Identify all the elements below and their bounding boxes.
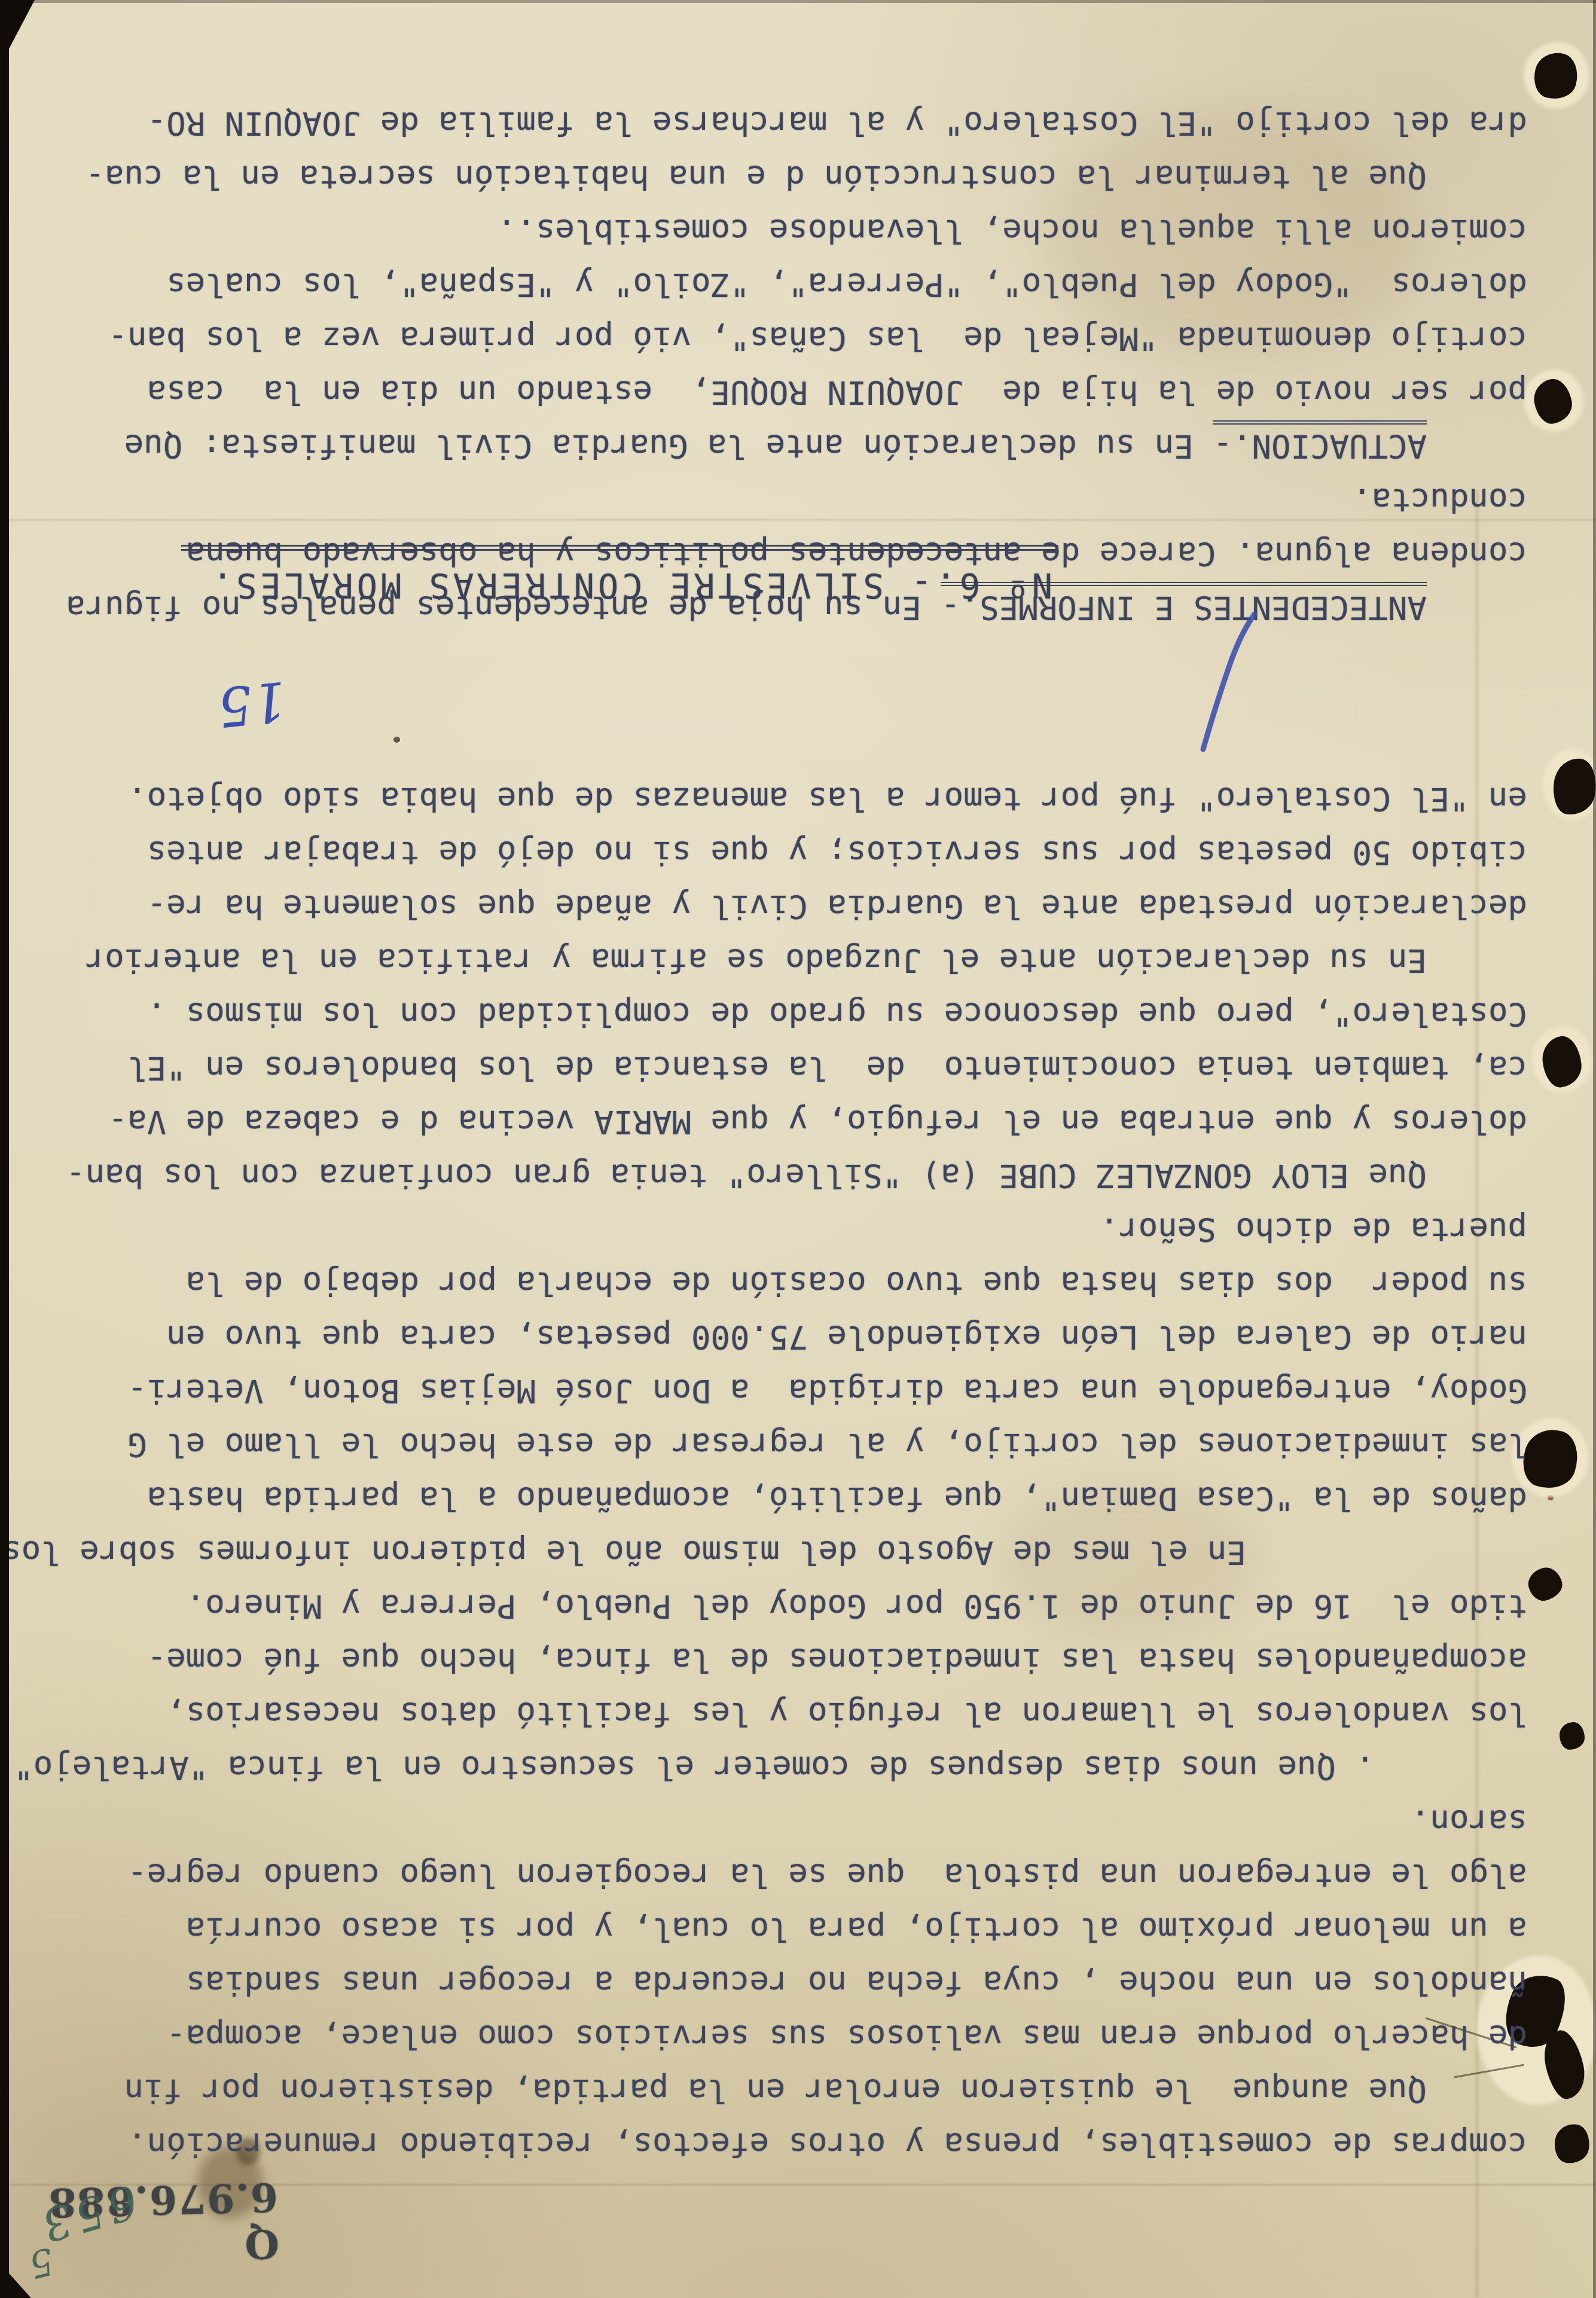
doc-line-text: doleros y que entraba en el refugio, y q… — [108, 1103, 1527, 1141]
doc-line: doleros "Godoy del Pueblo", "Perrera", "… — [30, 258, 1527, 312]
doc-line: Que al terminar la construcción d e una … — [30, 150, 1527, 204]
scan-edge-left — [0, 0, 9, 2298]
doc-line-text: dra del cortijo "El Costalero" y al marc… — [147, 105, 1527, 142]
doc-line-text: por ser novio de la hija de JOAQUIN ROQU… — [147, 374, 1527, 411]
doc-line: los vandoleros le llamaron al refugio y … — [30, 1687, 1527, 1741]
paragraphs-before-heading: compras de comestibles, prensa y otros e… — [30, 772, 1527, 2171]
doc-line: ñandolos en una noche , cuya fecha no re… — [30, 1956, 1527, 2010]
doc-line-text: a un melonar próximo al cortijo, para lo… — [186, 1911, 1527, 1948]
doc-line: nario de Calera del León exigiendole 75.… — [30, 1310, 1527, 1364]
doc-line: de hacerlo porque eran mas valiosos sus … — [30, 2010, 1527, 2064]
doc-line-text: su poder dos dias hasta que tuvo ocasión… — [186, 1265, 1527, 1302]
doc-line-text: declaración prestada ante la Guardia Civ… — [147, 888, 1527, 926]
doc-line-text: Que aunque le quisieron enrolar en la pa… — [124, 2072, 1427, 2110]
doc-line: comieron alli aquella noche, llevandose … — [30, 204, 1527, 258]
doc-line-text: En su declaración ante la Guardia Civil … — [124, 428, 1213, 465]
doc-line: declaración prestada ante la Guardia Civ… — [30, 880, 1527, 933]
doc-line: Godoy, entregandole una carta dirigida a… — [30, 1364, 1527, 1418]
doc-line: acompañandoles hasta las inmediaciones d… — [30, 1633, 1527, 1687]
doc-line: . Que unos dias despues de cometer el se… — [30, 1741, 1527, 1795]
run-in-heading: ACTUACION.- — [1213, 420, 1427, 465]
typewritten-text-column: compras de comestibles, prensa y otros e… — [30, 96, 1527, 2171]
doc-line-text: Costalero", pero que desconoce su grado … — [147, 996, 1527, 1033]
scan-edge-right — [1593, 0, 1596, 2298]
doc-line: ACTUACION.- En su declaración ante la Gu… — [30, 419, 1527, 473]
doc-line: saron. — [30, 1795, 1527, 1848]
doc-line: En su declaración ante el Juzgado se afi… — [30, 933, 1527, 987]
doc-line: compras de comestibles, prensa y otros e… — [30, 2117, 1527, 2171]
doc-line-text: doleros "Godoy del Pueblo", "Perrera", "… — [166, 266, 1527, 304]
doc-line-text: . Que unos dias despues de cometer el se… — [0, 1749, 1375, 1787]
doc-line-text: tido el 16 de Junio de 1.950 por Godoy d… — [186, 1588, 1527, 1625]
doc-line: a un melonar próximo al cortijo, para lo… — [30, 1902, 1527, 1956]
doc-line: dra del cortijo "El Costalero" y al marc… — [30, 96, 1527, 150]
doc-line-text: daños de la "Casa Damian", que facilitó,… — [147, 1480, 1527, 1518]
doc-line: algo le entregaron una pistola que se la… — [30, 1848, 1527, 1902]
doc-line-text: Que al terminar la construcción d e una … — [86, 158, 1427, 196]
doc-line: En el mes de Agosto del mismo año le pid… — [30, 1525, 1527, 1579]
doc-line: tido el 16 de Junio de 1.950 por Godoy d… — [30, 1579, 1527, 1633]
doc-line: puerta de dicho Señor. — [30, 1203, 1527, 1256]
doc-line-text: Godoy, entregandole una carta dirigida a… — [127, 1372, 1527, 1410]
doc-line: Que ELOY GONZALEZ CUBE (a) "Sillero" ten… — [30, 1149, 1527, 1203]
handwritten-section-number: 15 — [215, 673, 289, 733]
doc-line-text: los vandoleros le llamaron al refugio y … — [166, 1695, 1527, 1733]
doc-line: por ser novio de la hija de JOAQUIN ROQU… — [30, 365, 1527, 419]
doc-line-text: Que ELOY GONZALEZ CUBE (a) "Sillero" ten… — [66, 1157, 1427, 1195]
doc-line: su poder dos dias hasta que tuvo ocasión… — [30, 1256, 1527, 1310]
doc-line: Que aunque le quisieron enrolar en la pa… — [30, 2064, 1527, 2117]
doc-line-text: ñandolos en una noche , cuya fecha no re… — [186, 1964, 1527, 2002]
section-heading-line: Nº 6.- SILVESTRE CONTRERAS MORALES. 15 — [30, 634, 1527, 719]
doc-line: doleros y que entraba en el refugio, y q… — [30, 1095, 1527, 1149]
pen-slash-mark — [1195, 609, 1261, 753]
doc-line-text: ca, tambien tenia conocimiento de la est… — [127, 1049, 1527, 1087]
doc-line-text: cibido 50 pesetas por sus servicios; y q… — [147, 834, 1527, 872]
doc-line-text: algo le entregaron una pistola que se la… — [127, 1857, 1527, 1894]
doc-line: en "El Costalero" fué por temor a las am… — [30, 772, 1527, 826]
doc-line-text: En su declaración ante el Juzgado se afi… — [86, 942, 1427, 979]
doc-line-text: acompañandoles hasta las inmediaciones d… — [147, 1641, 1527, 1679]
doc-line-text: nario de Calera del León exigiendole 75.… — [166, 1319, 1527, 1356]
doc-line: las inmediaciones del cortijo, y al regr… — [30, 1418, 1527, 1472]
doc-line-text: compras de comestibles, prensa y otros e… — [127, 2126, 1527, 2163]
doc-line-text: cortijo denominada "Mejeal de las Cañas"… — [108, 320, 1527, 358]
doc-line-text: en "El Costalero" fué por temor a las am… — [127, 780, 1527, 818]
doc-line: ca, tambien tenia conocimiento de la est… — [30, 1041, 1527, 1095]
rotated-page-content: Q 6.976.888 653 5 compras de comestibles… — [0, 0, 1596, 2298]
section-heading: Nº 6.- SILVESTRE CONTRERAS MORALES. — [181, 545, 1058, 612]
doc-line-text: En el mes de Agosto del mismo año le pid… — [2, 1534, 1246, 1571]
doc-line-text: comieron alli aquella noche, llevandose … — [497, 212, 1527, 250]
doc-line: conducta. — [30, 473, 1527, 527]
doc-line-text: puerta de dicho Señor. — [1100, 1211, 1527, 1249]
doc-line-text: las inmediaciones del cortijo, y al regr… — [127, 1426, 1527, 1464]
doc-line: daños de la "Casa Damian", que facilitó,… — [30, 1472, 1527, 1525]
doc-line: cortijo denominada "Mejeal de las Cañas"… — [30, 312, 1527, 365]
doc-line: Costalero", pero que desconoce su grado … — [30, 987, 1527, 1041]
doc-line-text: de hacerlo porque eran mas valiosos sus … — [166, 2018, 1527, 2056]
scan-edge-top — [0, 0, 1596, 3]
doc-line-text: saron. — [1411, 1803, 1527, 1841]
doc-line: cibido 50 pesetas por sus servicios; y q… — [30, 826, 1527, 880]
scanned-document-page: Q 6.976.888 653 5 compras de comestibles… — [0, 0, 1596, 2298]
